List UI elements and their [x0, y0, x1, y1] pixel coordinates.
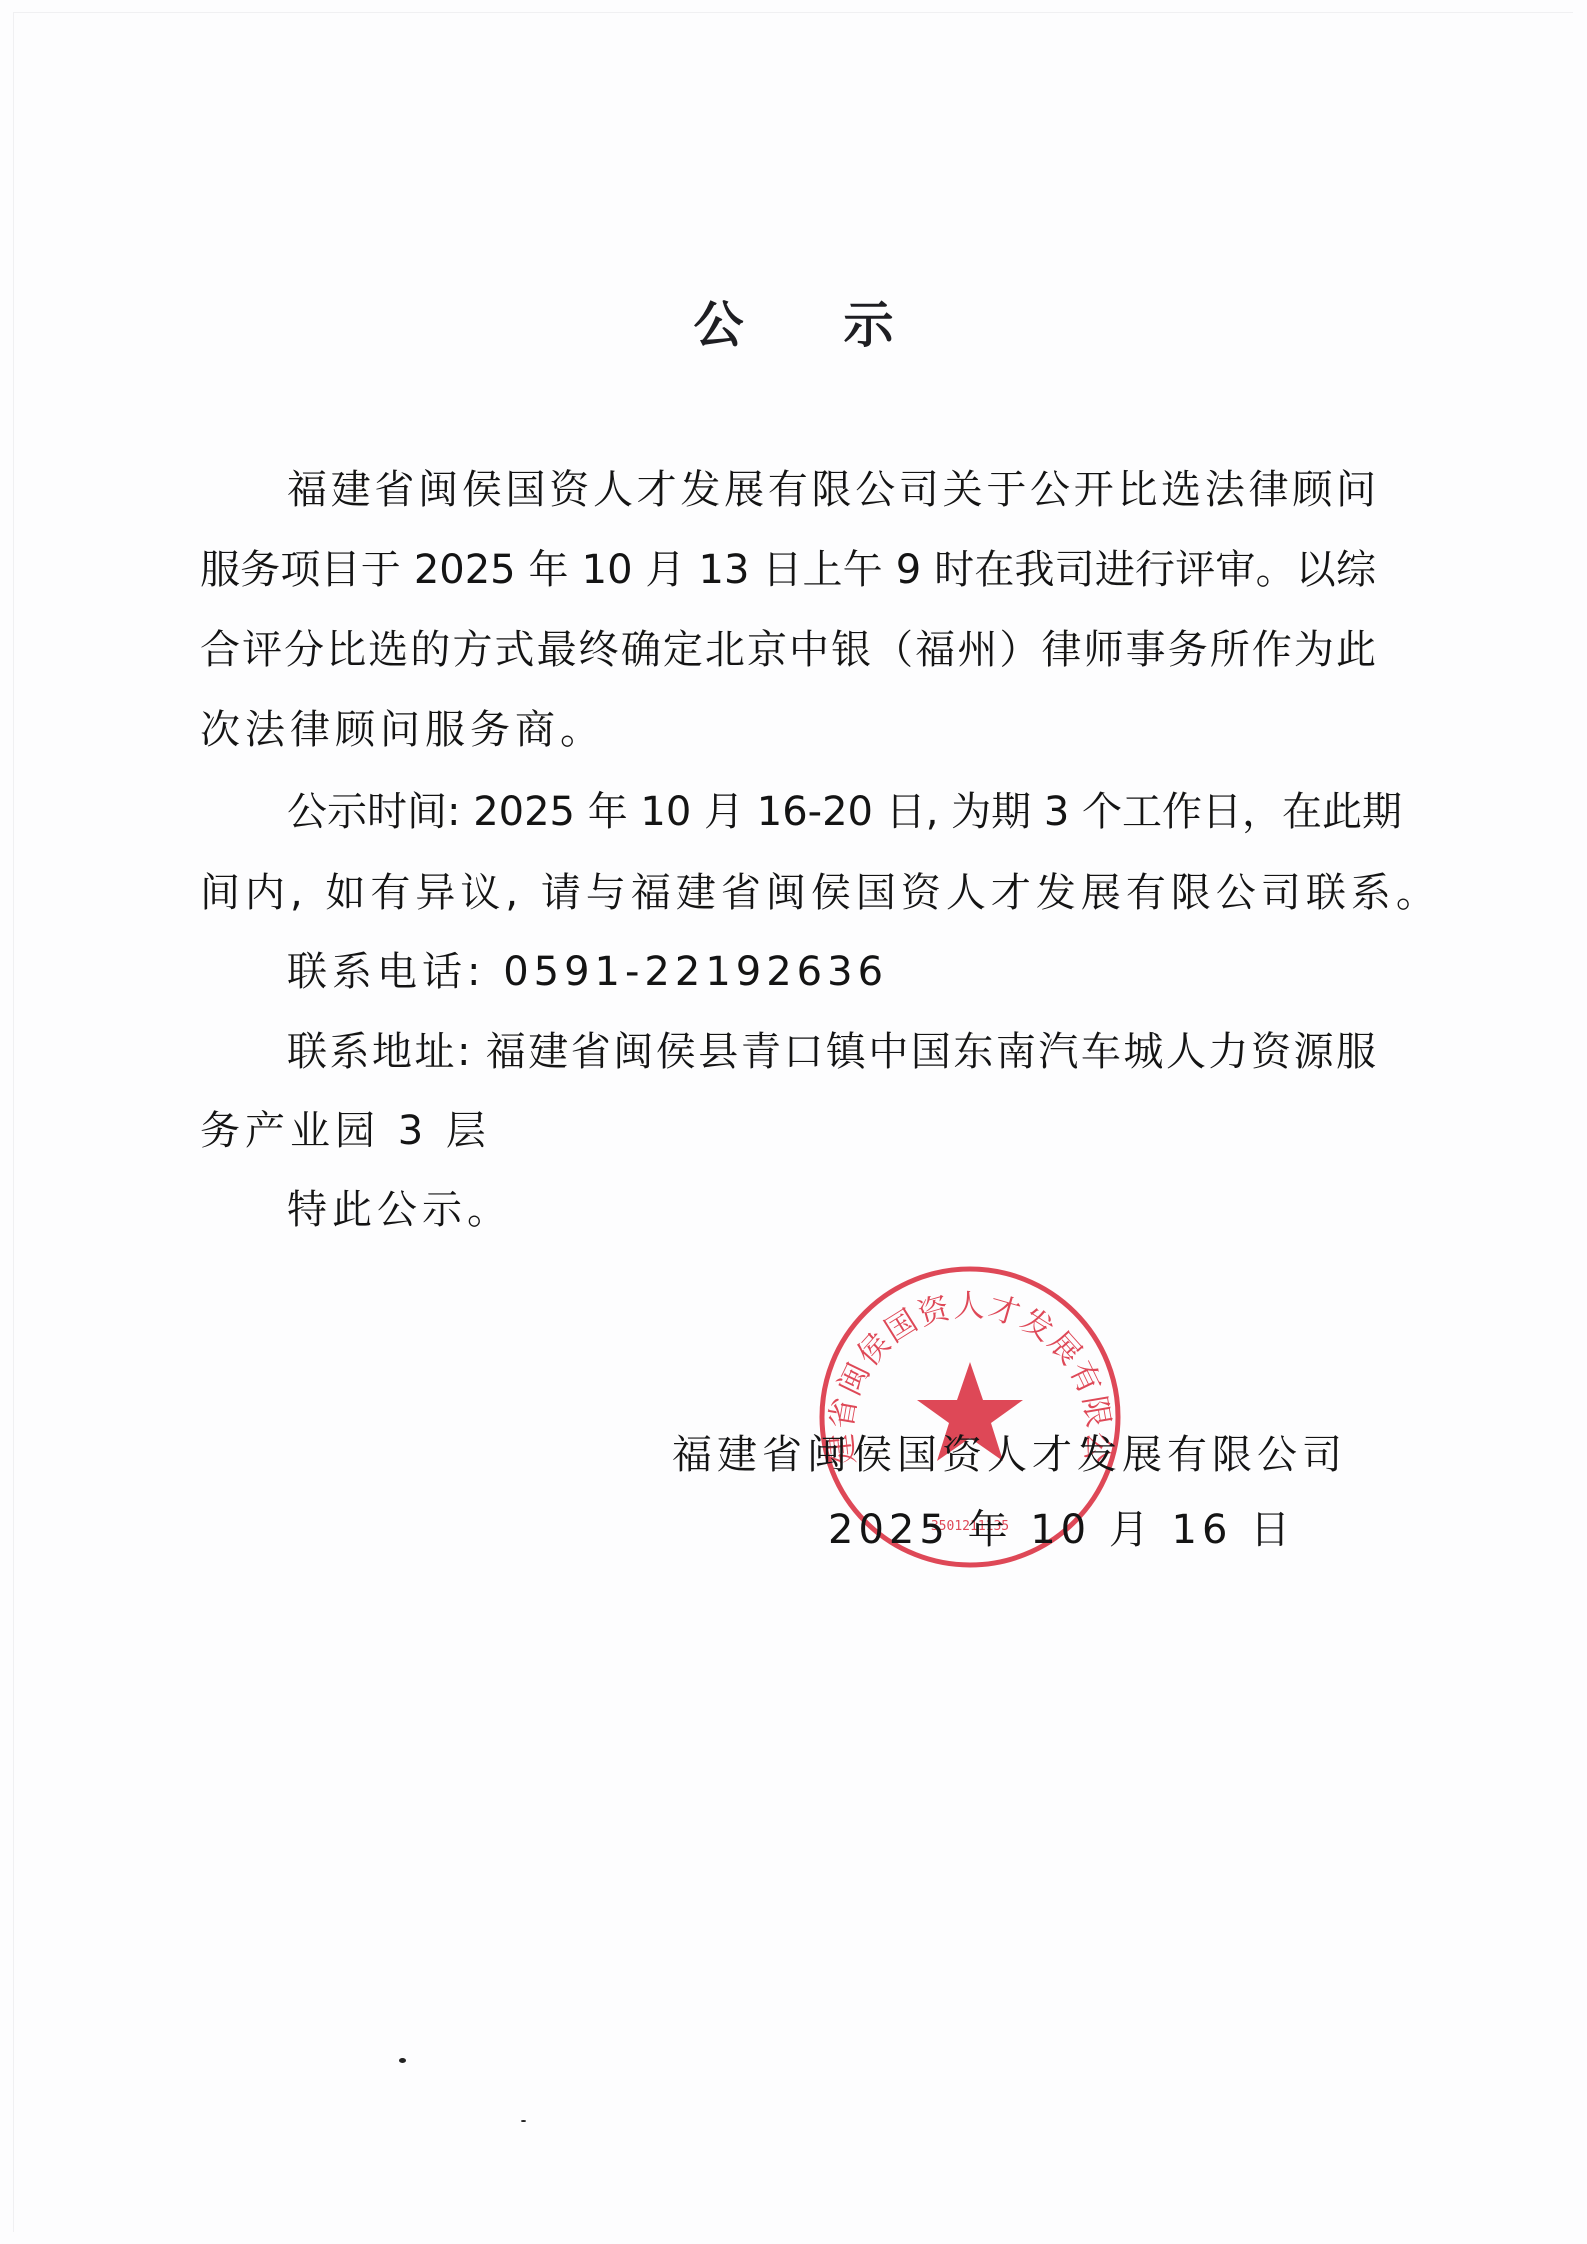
paragraph-1-line-2: 服务项目于 2025 年 10 月 13 日上午 9 时在我司进行评审。以综 — [200, 542, 1376, 598]
paragraph-2-line-1: 公示时间: 2025 年 10 月 16-20 日, 为期 3 个工作日，在此期 — [287, 784, 1376, 840]
contact-phone: 联系电话: 0591-22192636 — [287, 944, 888, 1000]
page-title: 公示 — [0, 285, 1587, 357]
signature-date: 2025 年 10 月 16 日 — [828, 1502, 1295, 1558]
scan-speck — [521, 2120, 526, 2122]
signature-company: 福建省闽侯国资人才发展有限公司 — [672, 1427, 1347, 1483]
document-page: 公示 福建省闽侯国资人才发展有限公司关于公开比选法律顾问 服务项目于 2025 … — [0, 0, 1587, 2244]
title-char-1: 公 — [694, 285, 744, 357]
title-char-2: 示 — [844, 285, 894, 357]
contact-address-line-1: 联系地址: 福建省闽侯县青口镇中国东南汽车城人力资源服 — [287, 1024, 1376, 1080]
paragraph-2-line-2: 间内, 如有异议, 请与福建省闽侯国资人才发展有限公司联系。 — [200, 865, 1441, 921]
paragraph-1-line-1: 福建省闽侯国资人才发展有限公司关于公开比选法律顾问 — [287, 462, 1376, 518]
paragraph-1-line-4: 次法律顾问服务商。 — [200, 702, 605, 758]
contact-address-line-2: 务产业园 3 层 — [200, 1103, 491, 1159]
closing-statement: 特此公示。 — [287, 1182, 512, 1238]
paragraph-1-line-3: 合评分比选的方式最终确定北京中银（福州）律师事务所作为此 — [200, 622, 1376, 678]
scan-speck — [399, 2058, 406, 2063]
scan-edge-top — [13, 12, 1573, 13]
